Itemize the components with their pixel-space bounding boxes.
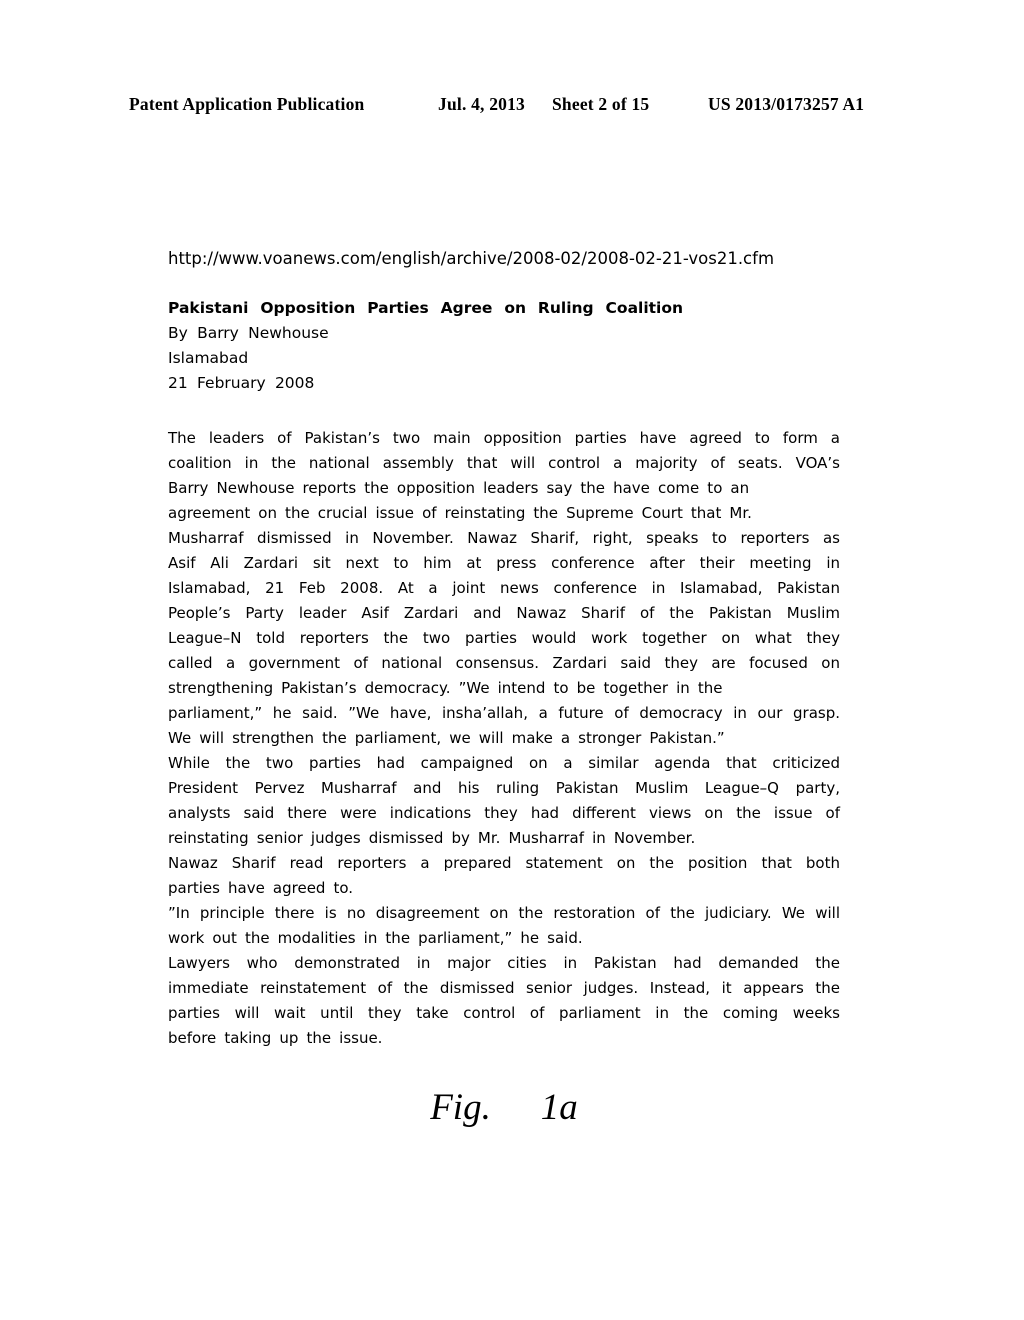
article-line: analysts said there were indications the… [168,801,840,826]
article-line: President Pervez Musharraf and his rulin… [168,776,840,801]
header-patent-number: US 2013/0173257 A1 [708,94,864,115]
article-line: ”In principle there is no disagreement o… [168,901,840,926]
article-line: coalition in the national assembly that … [168,451,840,476]
patent-sheet-page: { "header": { "publication": "Patent App… [0,0,1024,1320]
article-line: parties have agreed to. [168,876,840,901]
article-block: http://www.voanews.com/english/archive/2… [168,249,840,1051]
article-body: The leaders of Pakistan’s two main oppos… [168,426,840,1051]
article-line: strengthening Pakistan’s democracy. ”We … [168,676,840,701]
article-location: Islamabad [168,346,840,371]
article-line: work out the modalities in the parliamen… [168,926,840,951]
header-publication-date: Jul. 4, 2013 [438,94,525,115]
article-line: Asif Ali Zardari sit next to him at pres… [168,551,840,576]
article-line: agreement on the crucial issue of reinst… [168,501,840,526]
article-title: Pakistani Opposition Parties Agree on Ru… [168,296,840,321]
article-source-url: http://www.voanews.com/english/archive/2… [168,249,840,269]
article-line: immediate reinstatement of the dismissed… [168,976,840,1001]
article-line: parties will wait until they take contro… [168,1001,840,1026]
article-line: before taking up the issue. [168,1026,840,1051]
article-line: Islamabad, 21 Feb 2008. At a joint news … [168,576,840,601]
article-line: reinstating senior judges dismissed by M… [168,826,840,851]
header-sheet-number: Sheet 2 of 15 [552,94,649,115]
article-line: Lawyers who demonstrated in major cities… [168,951,840,976]
article-date: 21 February 2008 [168,371,840,396]
article-line: While the two parties had campaigned on … [168,751,840,776]
article-line: League–N told reporters the two parties … [168,626,840,651]
header-publication-label: Patent Application Publication [129,94,364,115]
article-byline: By Barry Newhouse [168,321,840,346]
article-line: Nawaz Sharif read reporters a prepared s… [168,851,840,876]
article-line: Musharraf dismissed in November. Nawaz S… [168,526,840,551]
article-line: The leaders of Pakistan’s two main oppos… [168,426,840,451]
figure-caption: Fig. 1a [168,1086,840,1129]
article-line: called a government of national consensu… [168,651,840,676]
article-line: We will strengthen the parliament, we wi… [168,726,840,751]
article-line: parliament,” he said. ”We have, insha’al… [168,701,840,726]
article-line: People’s Party leader Asif Zardari and N… [168,601,840,626]
article-line: Barry Newhouse reports the opposition le… [168,476,840,501]
